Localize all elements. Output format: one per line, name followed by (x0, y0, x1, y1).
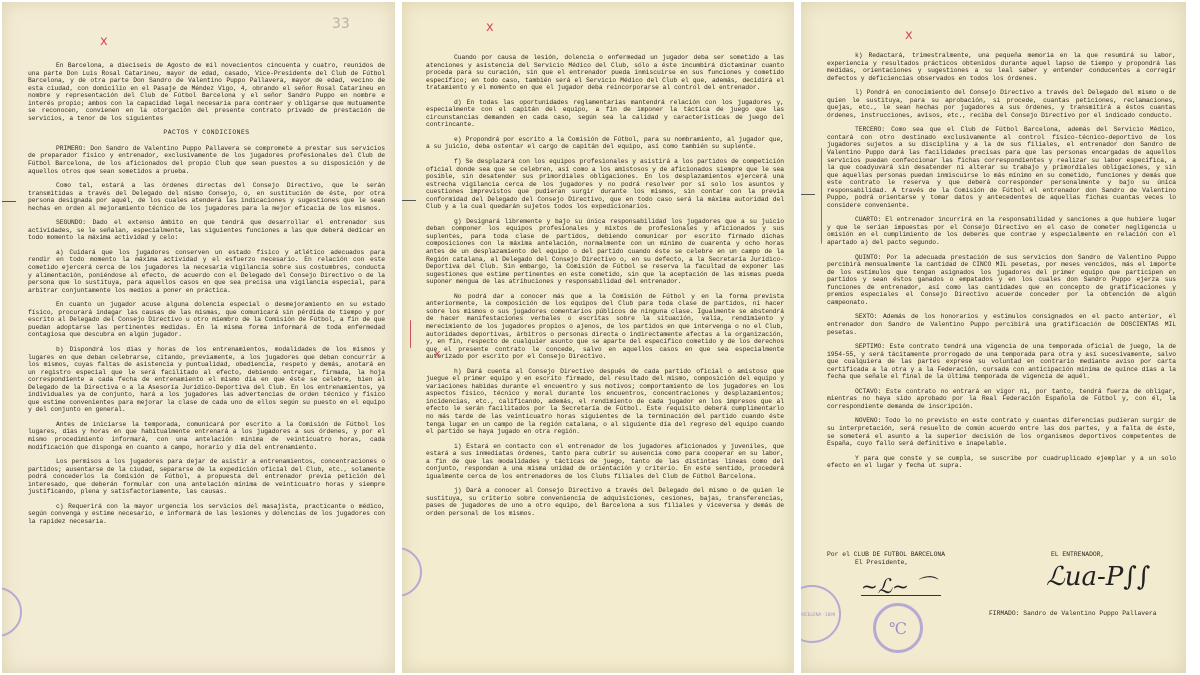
clause-f: f) Se desplazará con los equipos profesi… (426, 158, 784, 211)
red-x-mark: x (486, 20, 494, 35)
club-signature-block: Por el CLUB DE FUTBOL BARCELONA El Presi… (827, 551, 945, 566)
folio-number: 33 (332, 16, 350, 32)
president-title: El Presidente, (827, 559, 945, 567)
section-heading: PACTOS Y CONDICIONES (28, 129, 385, 137)
page-3-body: k) Redactará, trimestralmente, una peque… (827, 52, 1176, 477)
clause-h: h) Dará cuenta al Consejo Directivo desp… (426, 368, 784, 436)
clause-primero: PRIMERO: Don Sandro de Valentino Puppo P… (28, 145, 385, 175)
document-page-2: x x Cuando por causa de lesión, dolencia… (402, 2, 794, 673)
clause-segundo: SEGUNDO: Dado el extenso ámbito en que t… (28, 219, 385, 242)
coach-title: EL ENTRENADOR, (1051, 551, 1104, 559)
clause-b-permits: Los permisos a los jugadores para dejar … (28, 458, 385, 496)
clause-primero-cont: Como tal, estará a las órdenes directas … (28, 182, 385, 212)
club-stamp-partial (2, 587, 22, 637)
clause-i: i) Estará en contacto con el entrenador … (426, 443, 784, 481)
coach-signed-name: FIRMADO: Sandro de Valentino Puppo Palla… (989, 610, 1157, 618)
club-signatory-line: Por el CLUB DE FUTBOL BARCELONA (827, 551, 945, 559)
page-2-body: Cuando por causa de lesión, dolencia o e… (426, 54, 784, 525)
margin-tick (801, 194, 815, 195)
page-1-body: En Barcelona, a dieciseis de Agosto de m… (28, 62, 385, 532)
margin-tick (2, 201, 16, 202)
red-margin-bracket (821, 148, 822, 244)
clause-a-cont: En cuanto un jugador acuse alguna dolenc… (28, 301, 385, 339)
clause-tercero: TERCERO: Como sea que el Club de Fútbol … (827, 126, 1176, 209)
club-stamp-partial (402, 547, 422, 597)
red-margin-bracket (410, 320, 411, 348)
clause-b-season: Antes de iniciarse la temporada, comunic… (28, 421, 385, 451)
clause-d: d) En todas las oportunidades reglamenta… (426, 99, 784, 129)
club-stamp-text: C.F. BARCELONA · 1899 (801, 612, 835, 617)
clause-b: b) Dispondrá los días y horas de los ent… (28, 346, 385, 414)
closing-formula: Y para que conste y se cumpla, se suscri… (827, 455, 1176, 470)
clause-cuarto: CUARTO: El entrenador incurrirá en la re… (827, 216, 1176, 246)
clause-noveno: NOVENO: Todo lo no previsto en este cont… (827, 417, 1176, 447)
clause-k: k) Redactará, trimestralmente, una peque… (827, 52, 1176, 82)
clause-a: a) Cuidará que los jugadores conserven u… (28, 249, 385, 294)
federation-emblem-icon: ℃ (889, 619, 907, 638)
intro-paragraph: En Barcelona, a dieciseis de Agosto de m… (28, 62, 385, 122)
margin-tick (402, 200, 416, 201)
coach-signature: ℒua-P∫∫ (1046, 562, 1150, 592)
clause-j: j) Dará a conocer al Consejo Directivo a… (426, 487, 784, 517)
clause-c: c) Requerirá con la mayor urgencia los s… (28, 503, 385, 526)
clause-c-cont: Cuando por causa de lesión, dolencia o e… (426, 54, 784, 92)
document-page-1: 33 x En Barcelona, a dieciseis de Agosto… (2, 2, 395, 673)
clause-sexto: SEXTO: Además de los honorarios y estímu… (827, 313, 1176, 336)
red-x-mark: x (100, 34, 108, 49)
clause-septimo: SEPTIMO: Este contrato tendrá una vigenc… (827, 343, 1176, 381)
clause-quinto: QUINTO: Por la adecuada prestación de su… (827, 254, 1176, 307)
clause-g-cont: No podrá dar a conocer más que a la Comi… (426, 293, 784, 361)
document-page-3: x k) Redactará, trimestralmente, una peq… (801, 2, 1186, 673)
clause-g: g) Designará libremente y bajo su única … (426, 218, 784, 286)
clause-e: e) Propondrá por escrito a la Comisión d… (426, 136, 784, 151)
clause-l: l) Pondrá en conocimiento del Consejo Di… (827, 89, 1176, 119)
coach-signature-block: EL ENTRENADOR, (1051, 551, 1104, 559)
federation-stamp: ℃ (873, 603, 923, 653)
clause-octavo: OCTAVO: Este contrato no entrará en vigo… (827, 388, 1176, 411)
club-stamp: C.F. BARCELONA · 1899 (801, 585, 841, 643)
signature-underline (861, 595, 941, 596)
red-x-mark: x (905, 28, 913, 43)
